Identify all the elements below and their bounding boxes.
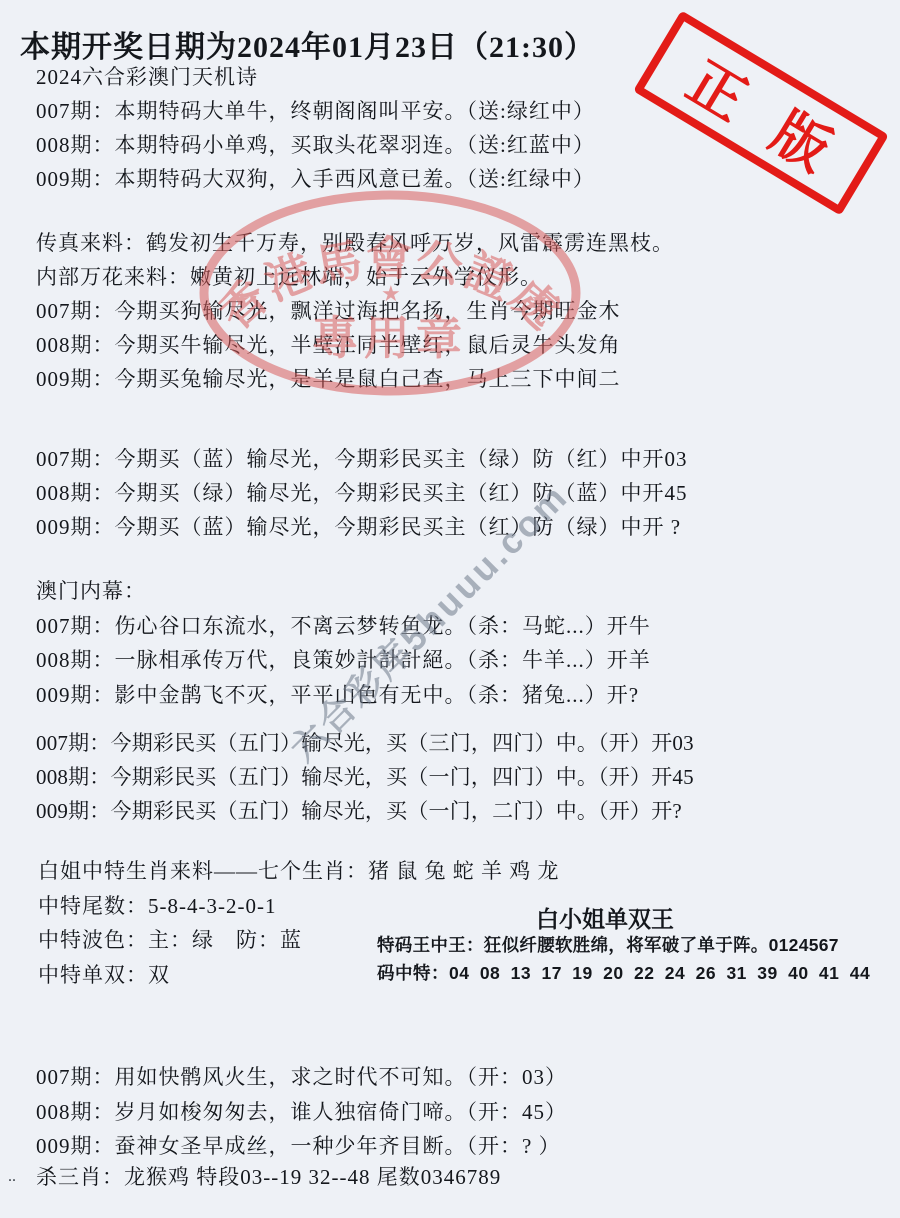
section-color-tips: 007期：今期买（蓝）输尽光，今期彩民买主（绿）防（红）中开03 008期：今期… [36, 442, 688, 544]
section-final-poems: 007期：用如快鹘风火生，求之时代不可知。（开：03） 008期：岁月如梭匆匆去… [36, 1060, 567, 1164]
final-line: 009期：蚕神女圣早成丝，一种少年齐目断。（开：? ） [36, 1129, 567, 1164]
wang-block-title: 白小姐单双王 [380, 901, 830, 934]
corner-artifact-dots: .. [8, 1168, 16, 1186]
wang-block-line: 特码王中王：狂似纤腰软胜绵，将军破了单于阵。0124567 [377, 932, 839, 957]
section-fax-material: 传真来料：鹤发初生千万寿，别殿春风呼万岁，风雷霹雳连黑枝。 内部万花来料：嫩黄初… [36, 226, 674, 396]
lottery-tip-sheet: 本期开奖日期为2024年01月23日（21:30） 2024六合彩澳门天机诗 0… [0, 0, 900, 1218]
fax-line: 内部万花来料：嫩黄初上远林端，始于云外学仪形。 [36, 260, 674, 294]
macau-line: 008期：一脉相承传万代，良策妙計計計絕。（杀：牛羊...）开羊 [36, 643, 651, 678]
fax-line: 传真来料：鹤发初生千万寿，别殿春风呼万岁，风雷霹雳连黑枝。 [36, 226, 674, 260]
section-heading: 2024六合彩澳门天机诗 [36, 60, 595, 94]
final-line: 007期：用如快鹘风火生，求之时代不可知。（开：03） [36, 1060, 567, 1095]
color-tip-line: 009期：今期买（蓝）输尽光，今期彩民买主（红）防（绿）中开 ? [36, 510, 688, 544]
macau-line: 007期：伤心谷口东流水，不离云梦转鱼龙。（杀：马蛇...）开牛 [36, 609, 651, 644]
poem-line: 007期：本期特码大单牛，终朝阁阁叫平安。（送:绿红中） [36, 94, 595, 128]
fax-line: 007期：今期买狗输尽光，飘洋过海把名扬，生肖今期旺金木 [36, 294, 674, 328]
macau-line: 009期：影中金鹊飞不灭，平平山色有无中。（杀：猪兔...）开? [36, 678, 651, 713]
door-line: 007期：今期彩民买（五门）输尽光，买（三门，四门）中。（开）开03 [36, 726, 694, 760]
kill-three-zodiac-line: 杀三肖：龙猴鸡 特段03--19 32--48 尾数0346789 [36, 1160, 501, 1194]
fax-line: 008期：今期买牛输尽光，半壁江同半壁红，鼠后灵牛头发角 [36, 328, 674, 362]
section-tianji-poem: 2024六合彩澳门天机诗 007期：本期特码大单牛，终朝阁阁叫平安。（送:绿红中… [36, 60, 595, 196]
baijie-line: 白姐中特生肖来料——七个生肖：猪 鼠 兔 蛇 羊 鸡 龙 [38, 854, 560, 889]
poem-line: 009期：本期特码大双狗，入手西风意已羞。（送:红绿中） [36, 162, 595, 196]
section-heading: 澳门内幕： [36, 574, 651, 609]
door-line: 008期：今期彩民买（五门）输尽光，买（一门，四门）中。（开）开45 [36, 760, 694, 794]
genuine-stamp: 正版 [633, 10, 889, 215]
final-line: 008期：岁月如梭匆匆去，谁人独宿倚门啼。（开：45） [36, 1095, 567, 1130]
color-tip-line: 007期：今期买（蓝）输尽光，今期彩民买主（绿）防（红）中开03 [36, 442, 688, 476]
door-line: 009期：今期彩民买（五门）输尽光，买（一门，二门）中。（开）开? [36, 794, 694, 828]
color-tip-line: 008期：今期买（绿）输尽光，今期彩民买主（红）防（蓝）中开45 [36, 476, 688, 510]
fax-line: 009期：今期买兔输尽光，是羊是鼠白己查，马上三下中间二 [36, 362, 674, 396]
wang-block-numbers: 码中特：04 08 13 17 19 20 22 24 26 31 39 40 … [377, 960, 870, 985]
section-doors-tips: 007期：今期彩民买（五门）输尽光，买（三门，四门）中。（开）开03 008期：… [36, 726, 694, 828]
poem-line: 008期：本期特码小单鸡，买取头花翠羽连。（送:红蓝中） [36, 128, 595, 162]
section-macau-insider: 澳门内幕： 007期：伤心谷口东流水，不离云梦转鱼龙。（杀：马蛇...）开牛 0… [36, 574, 651, 712]
